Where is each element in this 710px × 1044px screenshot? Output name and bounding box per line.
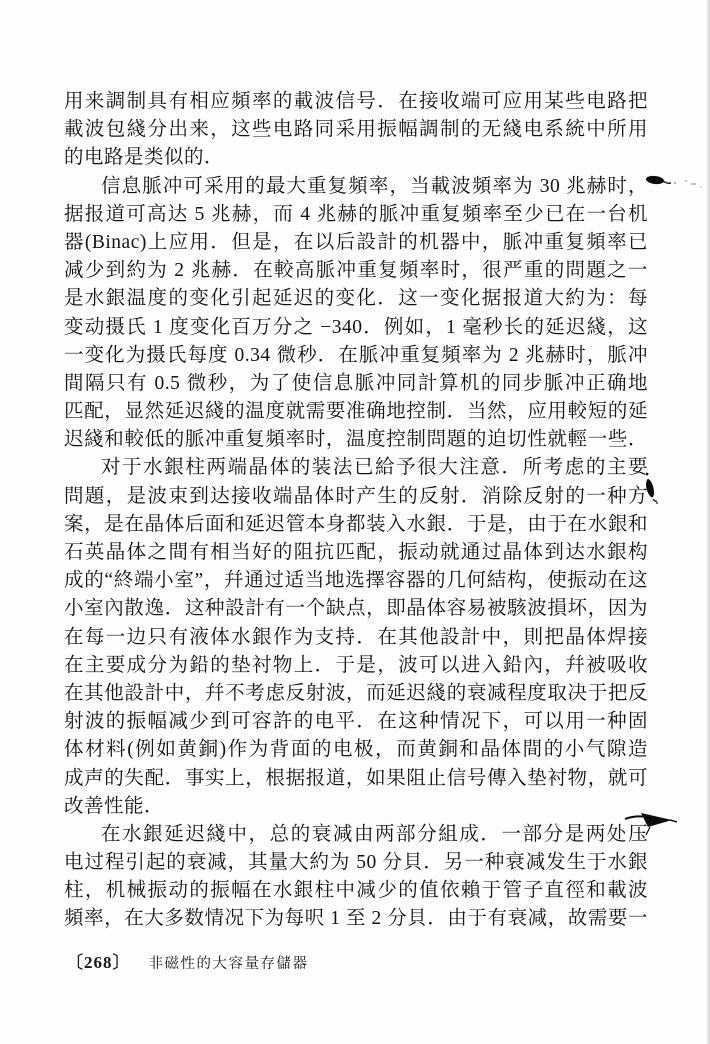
text-line: 减少到約为 2 兆赫．在較高脈冲重复頻率时，很严重的問題之一	[64, 257, 648, 285]
text-line: 用来調制具有相应頻率的載波信号．在接收端可应用某些电路把	[64, 88, 648, 116]
text-line: 在主要成分为鉛的垫衬物上．于是，波可以进入鉛內，幷被吸收掉．	[64, 652, 648, 680]
text-line: 柱，机械振动的振幅在水銀柱中减少的值依賴于管子直徑和載波	[64, 877, 648, 905]
text-line: 在每一边只有液体水銀作为支持．在其他設計中，則把晶体焊接	[64, 624, 648, 652]
text-line: 在其他設計中，幷不考虑反射波，而延迟綫的衰减程度取决于把反	[64, 680, 648, 708]
page-number: 〔268〕	[66, 953, 131, 972]
text-line: 頻率，在大多数情况下为每呎 1 至 2 分貝．由于有衰减，故需要一	[64, 905, 648, 933]
text-line: 电过程引起的衰减，其量大約为 50 分貝．另一种衰减发生于水銀	[64, 849, 648, 877]
text-line: 器(Binac)上应用．但是，在以后設計的机器中，脈冲重复頻率已	[64, 229, 648, 257]
text-line: 在水銀延迟綫中，总的衰减由两部分組成．一部分是两处压	[64, 821, 648, 849]
scan-edge-shadow	[706, 0, 710, 1044]
text-line: 迟綫和較低的脈冲重复頻率时，温度控制問題的迫切性就輕一些．	[64, 426, 648, 454]
scanned-book-page: 用来調制具有相应頻率的載波信号．在接收端可应用某些电路把載波包綫分出来，这些电路…	[0, 0, 710, 1044]
text-line: 体材料(例如黄銅)作为背面的电极，而黄銅和晶体間的小气隙造	[64, 736, 648, 764]
chapter-title: 非磁性的大容量存儲器	[149, 956, 309, 972]
text-line: 据报道可高达 5 兆赫，而 4 兆赫的脈冲重复頻率至少已在一台机	[64, 201, 648, 229]
text-line: 成声的失配．事实上，根据报道，如果阻止信号傳入垫衬物，就可	[64, 765, 648, 793]
page-footer: 〔268〕 非磁性的大容量存儲器	[66, 948, 309, 973]
text-line: 改善性能．	[64, 793, 648, 821]
body-text: 用来調制具有相应頻率的載波信号．在接收端可应用某些电路把載波包綫分出来，这些电路…	[64, 88, 648, 934]
text-line: 一变化为摄氏每度 0.34 微秒．在脈冲重复頻率为 2 兆赫时，脈冲	[64, 342, 648, 370]
text-line: 案，是在晶体后面和延迟管本身都装入水銀．于是，由于在水銀和	[64, 511, 648, 539]
text-line: 成的“終端小室”，幷通过适当地选擇容器的几何結构，使振动在这	[64, 567, 648, 595]
text-line: 信息脈冲可采用的最大重复頻率，当載波頻率为 30 兆赫时，	[64, 173, 648, 201]
text-line: 載波包綫分出来，这些电路同采用振幅調制的无綫电系統中所用	[64, 116, 648, 144]
text-line: 对于水銀柱两端晶体的装法已給予很大注意．所考虑的主要	[64, 454, 648, 482]
text-line: 变动摄氏 1 度变化百万分之 −340．例如，1 毫秒长的延迟綫，这	[64, 314, 648, 342]
text-line: 的电路是类似的．	[64, 144, 648, 172]
text-line: 匹配，显然延迟綫的温度就需要准确地控制．当然，应用較短的延	[64, 398, 648, 426]
text-line: 小室內散逸．这种設計有一个缺点，即晶体容易被駭波損坏，因为	[64, 595, 648, 623]
ink-blot-icon	[640, 470, 664, 510]
text-line: 石英晶体之間有相当好的阻抗匹配，振动就通过晶体到达水銀构	[64, 539, 648, 567]
ink-smudge-icon	[644, 171, 708, 193]
text-line: 射波的振幅减少到可容許的电平．在这种情况下，可以用一种固	[64, 708, 648, 736]
ink-arrow-icon	[623, 804, 679, 840]
text-line: 間隔只有 0.5 微秒，为了使信息脈冲同計算机的同步脈冲正确地	[64, 370, 648, 398]
text-line: 問題，是波束到达接收端晶体时产生的反射．消除反射的一种方	[64, 483, 648, 511]
text-line: 是水銀温度的变化引起延迟的变化．这一变化据报道大約为：每	[64, 285, 648, 313]
